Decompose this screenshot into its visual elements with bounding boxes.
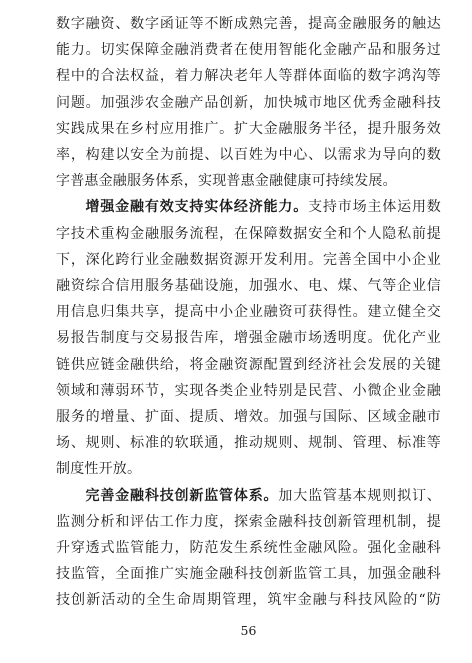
bold-lead-text: 增强金融有效支持实体经济能力。 bbox=[86, 199, 309, 215]
text-line: 问题。加强涉农金融产品创新，加快城市地区优秀金融科技 bbox=[56, 90, 441, 116]
lead-rest-text: 支持市场主体运用数 bbox=[308, 199, 441, 215]
text-line: 场、规则、标准的软联通，推动规则、规制、管理、标准等 bbox=[56, 430, 441, 456]
text-line: 能力。切实保障金融消费者在使用智能化金融产品和服务过 bbox=[56, 37, 441, 63]
text-line: 升穿透式监管能力，防范发生系统性金融风险。强化金融科 bbox=[56, 535, 441, 561]
text-line: 下，深化跨行业金融数据资源开发利用。完善全国中小企业 bbox=[56, 247, 441, 273]
lead-rest-text: 加大监管基本规则拟订、 bbox=[278, 488, 441, 504]
text-line: 领域和薄弱环节，实现各类企业特别是民营、小微企业金融 bbox=[56, 378, 441, 404]
text-line: 程中的合法权益，着力解决老年人等群体面临的数字鸿沟等 bbox=[56, 63, 441, 89]
text-line: 技创新活动的全生命周期管理，筑牢金融与科技风险的“防 bbox=[56, 587, 441, 613]
page-number: 56 bbox=[56, 623, 441, 638]
text-line: 链供应链金融供给，将金融资源配置到经济社会发展的关键 bbox=[56, 352, 441, 378]
text-line: 服务的增量、扩面、提质、增效。加强与国际、区域金融市 bbox=[56, 404, 441, 430]
text-line: 率，构建以安全为前提、以百姓为中心、以需求为导向的数 bbox=[56, 142, 441, 168]
text-line: 用信息归集共享，提高中小企业融资可获得性。建立健全交 bbox=[56, 299, 441, 325]
document-page: 数字融资、数字函证等不断成熟完善，提高金融服务的触达 能力。切实保障金融消费者在… bbox=[0, 0, 472, 663]
paragraph-1: 数字融资、数字函证等不断成熟完善，提高金融服务的触达 能力。切实保障金融消费者在… bbox=[56, 11, 441, 194]
text-line: 监测分析和评估工作力度，探索金融科技创新管理机制，提 bbox=[56, 509, 441, 535]
paragraph-lead-line: 完善金融科技创新监管体系。加大监管基本规则拟订、 bbox=[56, 483, 441, 509]
text-line: 易报告制度与交易报告库，增强金融市场透明度。优化产业 bbox=[56, 325, 441, 351]
text-block: 数字融资、数字函证等不断成熟完善，提高金融服务的触达 能力。切实保障金融消费者在… bbox=[56, 11, 441, 614]
text-line: 制度性开放。 bbox=[56, 456, 441, 482]
text-line: 字普惠金融服务体系，实现普惠金融健康可持续发展。 bbox=[56, 168, 441, 194]
text-line: 融资综合信用服务基础设施，加强水、电、煤、气等企业信 bbox=[56, 273, 441, 299]
text-line: 实践成果在乡村应用推广。扩大金融服务半径，提升服务效 bbox=[56, 116, 441, 142]
text-line: 技监管，全面推广实施金融科技创新监管工具，加强金融科 bbox=[56, 561, 441, 587]
text-line: 字技术重构金融服务流程，在保障数据安全和个人隐私前提 bbox=[56, 221, 441, 247]
bold-lead-text: 完善金融科技创新监管体系。 bbox=[86, 488, 279, 504]
text-line: 数字融资、数字函证等不断成熟完善，提高金融服务的触达 bbox=[56, 11, 441, 37]
paragraph-2: 增强金融有效支持实体经济能力。支持市场主体运用数 字技术重构金融服务流程，在保障… bbox=[56, 194, 441, 482]
paragraph-3: 完善金融科技创新监管体系。加大监管基本规则拟订、 监测分析和评估工作力度，探索金… bbox=[56, 483, 441, 614]
paragraph-lead-line: 增强金融有效支持实体经济能力。支持市场主体运用数 bbox=[56, 194, 441, 220]
